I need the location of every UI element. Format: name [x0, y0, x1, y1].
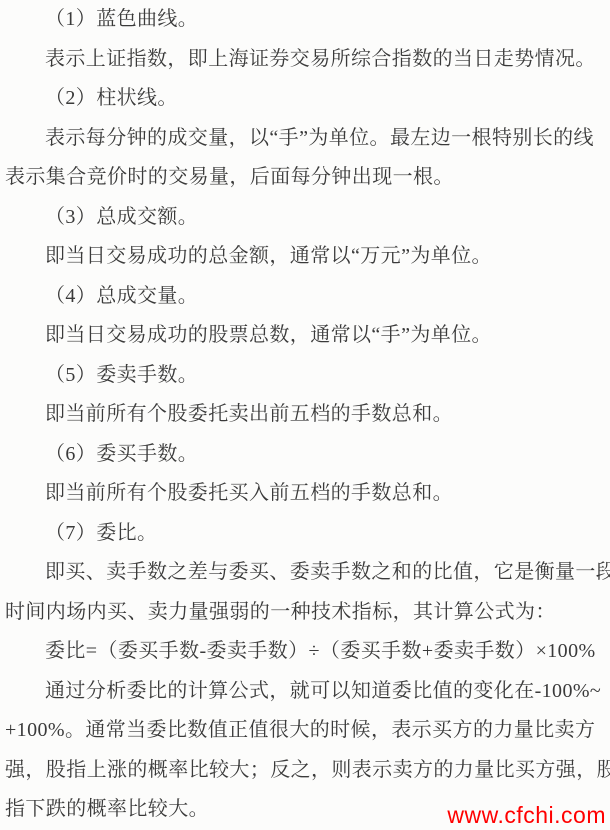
text-line: 通过分析委比的计算公式，就可以知道委比值的变化在-100%~ — [5, 672, 605, 712]
text-line: 强，股指上涨的概率比较大；反之，则表示卖方的力量比买方强，股 — [5, 751, 605, 791]
text-line: （7）委比。 — [5, 514, 605, 554]
text-line: 表示集合竞价时的交易量，后面每分钟出现一根。 — [5, 158, 605, 198]
text-line: +100%。通常当委比数值正值很大的时候，表示买方的力量比卖方 — [5, 711, 605, 751]
text-line: 时间内场内买、卖力量强弱的一种技术指标，其计算公式为： — [5, 593, 605, 633]
text-line: 表示上证指数，即上海证券交易所综合指数的当日走势情况。 — [5, 40, 605, 80]
text-line: （3）总成交额。 — [5, 198, 605, 238]
text-line: 即买、卖手数之差与委买、委卖手数之和的比值，它是衡量一段 — [5, 553, 605, 593]
text-line: （1）蓝色曲线。 — [5, 0, 605, 40]
text-line: 表示每分钟的成交量，以“手”为单位。最左边一根特别长的线 — [5, 119, 605, 159]
text-line: 即当日交易成功的股票总数，通常以“手”为单位。 — [5, 316, 605, 356]
watermark-url: www.cfchi.com — [447, 802, 606, 829]
text-body: （1）蓝色曲线。表示上证指数，即上海证券交易所综合指数的当日走势情况。（2）柱状… — [0, 0, 610, 830]
text-line: 即当前所有个股委托卖出前五档的手数总和。 — [5, 395, 605, 435]
text-line: （4）总成交量。 — [5, 277, 605, 317]
text-line: 委比=（委买手数-委卖手数）÷（委买手数+委卖手数）×100% — [5, 632, 605, 672]
text-line: 即当前所有个股委托买入前五档的手数总和。 — [5, 474, 605, 514]
document-page: （1）蓝色曲线。表示上证指数，即上海证券交易所综合指数的当日走势情况。（2）柱状… — [0, 0, 610, 830]
text-line: 即当日交易成功的总金额，通常以“万元”为单位。 — [5, 237, 605, 277]
text-line: （2）柱状线。 — [5, 79, 605, 119]
text-line: （5）委卖手数。 — [5, 356, 605, 396]
text-line: （6）委买手数。 — [5, 435, 605, 475]
